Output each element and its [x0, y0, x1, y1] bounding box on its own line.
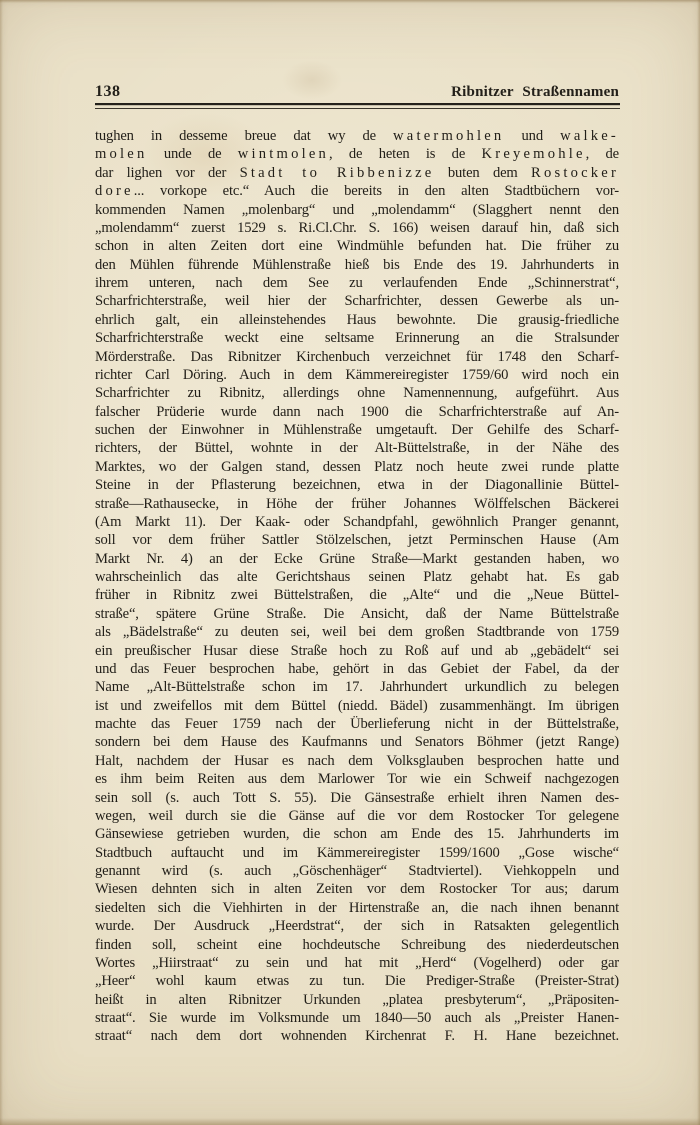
text-line: heißt in alten Ribnitzer Urkunden „plate… [95, 991, 619, 1009]
text-line: ist und zweifellos mit dem Büttel (niedd… [95, 697, 619, 715]
text-line: es ihm beim Reiten aus dem Marlower Tor … [95, 770, 619, 788]
text-line: richter Carl Döring. Auch in dem Kämmere… [95, 366, 619, 384]
text-line: Wortes „Hiirstraat“ zu sein und hat mit … [95, 954, 619, 972]
letterspaced-quotation: Rostocker [531, 165, 619, 181]
text-line: genannt wird (s. auch „Göschenhäger“ Sta… [95, 862, 619, 880]
text-line: Stadtbuch auftaucht und im Kämmereiregis… [95, 844, 619, 862]
text-segment: unde de [147, 146, 237, 162]
text-line: richters, der Büttel, wohnte in der Alt-… [95, 439, 619, 457]
page-body-text: tughen in desseme breue dat wy de waterm… [95, 127, 619, 1046]
text-line: tughen in desseme breue dat wy de waterm… [95, 127, 619, 145]
text-segment: tughen in desseme breue dat wy de [95, 128, 393, 144]
page-edge-shadow-top [0, 0, 700, 3]
text-line: molen unde de wintmolen, de heten is de … [95, 145, 619, 163]
text-line: machte das Feuer 1759 nach der Überliefe… [95, 715, 619, 733]
text-line: dar lighen vor der Stadt to Ribbenizze b… [95, 164, 619, 182]
text-segment: und [504, 128, 560, 144]
text-line: und das Feuer besprochen habe, gehört in… [95, 660, 619, 678]
text-line: Name „Alt-Büttelstraße schon im 17. Jahr… [95, 678, 619, 696]
text-line: straat“. Sie wurde im Volksmunde um 1840… [95, 1009, 619, 1027]
text-line: Mörderstraße. Das Ribnitzer Kirchenbuch … [95, 348, 619, 366]
text-line: straße“, spätere Grüne Straße. Die Ansic… [95, 605, 619, 623]
text-line: „Heer“ wohl kaum etwas zu tun. Die Predi… [95, 972, 619, 990]
text-line: (Am Markt 11). Der Kaak- oder Schandpfah… [95, 513, 619, 531]
text-line: ihrem unteren, nach dem See zu verlaufen… [95, 274, 619, 292]
text-line: „molendamm“ zuerst 1529 s. Ri.Cl.Chr. S.… [95, 219, 619, 237]
text-segment: , de [586, 146, 619, 162]
text-line: früher in Ribnitz zwei Büttelstraßen, di… [95, 586, 619, 604]
header-rule-thin [95, 108, 620, 109]
page-header: 138 Ribnitzer Straßennamen [95, 83, 619, 101]
header-rule [95, 103, 620, 109]
text-line: Scharfrichterstraße, weil hier der Schar… [95, 292, 619, 310]
letterspaced-quotation: molen [95, 146, 147, 162]
text-line: den Mühlen führende Mühlenstraße hieß bi… [95, 256, 619, 274]
letterspaced-quotation: dore [95, 183, 134, 199]
text-line: Scharfrichter zu Ribnitz, allerdings ohn… [95, 384, 619, 402]
text-line: Halt, nachdem der Husar es nach dem Volk… [95, 752, 619, 770]
letterspaced-quotation: wintmolen [238, 146, 329, 162]
text-line: wegen, weil durch sie die Gänse auf die … [95, 807, 619, 825]
text-line: straat“ nach dem dort wohnenden Kirchenr… [95, 1027, 619, 1045]
letterspaced-quotation: Stadt to Ribbenizze [240, 165, 435, 181]
letterspaced-quotation: walke- [560, 128, 619, 144]
text-line: sondern bei dem Hause des Kaufmanns und … [95, 733, 619, 751]
text-line: siedelten sich die Viehhirten in der Hir… [95, 899, 619, 917]
text-line: falscher Prüderie wurde dann nach 1900 d… [95, 403, 619, 421]
text-line: als „Bädelstraße“ zu deuten sei, weil be… [95, 623, 619, 641]
text-line: straße—Rathausecke, in Höhe der früher J… [95, 495, 619, 513]
letterspaced-quotation: Kreyemohle [482, 146, 586, 162]
scanned-page: 138 Ribnitzer Straßennamen tughen in des… [0, 0, 700, 1125]
text-segment: buten dem [434, 165, 531, 181]
text-line: Gänsewiese getrieben wurden, die schon a… [95, 825, 619, 843]
text-line: Scharfrichterstraße weckt eine seltsame … [95, 329, 619, 347]
text-line: wahrscheinlich das alte Gerichtshaus sei… [95, 568, 619, 586]
text-line: Marktes, wo der Galgen stand, dessen Pla… [95, 458, 619, 476]
letterspaced-quotation: watermohlen [393, 128, 504, 144]
text-line: schon in alten Zeiten dort eine Windmühl… [95, 237, 619, 255]
text-line: ein preußischer Husar diese Straße hoch … [95, 642, 619, 660]
text-segment: ... vorkope etc.“ Auch die bereits in de… [134, 183, 619, 199]
page-edge-shadow-bottom [0, 1118, 700, 1125]
text-line: Steine in der Pflasterung bezeichnen, et… [95, 476, 619, 494]
text-line: soll vor dem früher Sattler Stölzelschen… [95, 531, 619, 549]
text-segment: dar lighen vor der [95, 165, 240, 181]
text-line: wurde. Der Ausdruck „Heerdstrat“, der si… [95, 917, 619, 935]
text-line: finden soll, scheint eine hochdeutsche S… [95, 936, 619, 954]
text-line: Wiesen dehnten sich in alten Zeiten vor … [95, 880, 619, 898]
text-line: dore... vorkope etc.“ Auch die bereits i… [95, 182, 619, 200]
text-segment: , de heten is de [329, 146, 482, 162]
text-line: Markt Nr. 4) an der Ecke Grüne Straße—Ma… [95, 550, 619, 568]
page-edge-shadow-left [0, 0, 3, 1125]
text-line: suchen der Einwohner in Mühlenstraße umg… [95, 421, 619, 439]
text-line: kommenden Namen „molenbarg“ und „molenda… [95, 201, 619, 219]
header-rule-thick [95, 103, 620, 105]
text-line: sein soll (s. auch Tott S. 55). Die Gäns… [95, 789, 619, 807]
page-number: 138 [95, 83, 121, 101]
text-line: ehrlich galt, ein alleinstehendes Haus b… [95, 311, 619, 329]
running-title: Ribnitzer Straßennamen [451, 84, 619, 101]
